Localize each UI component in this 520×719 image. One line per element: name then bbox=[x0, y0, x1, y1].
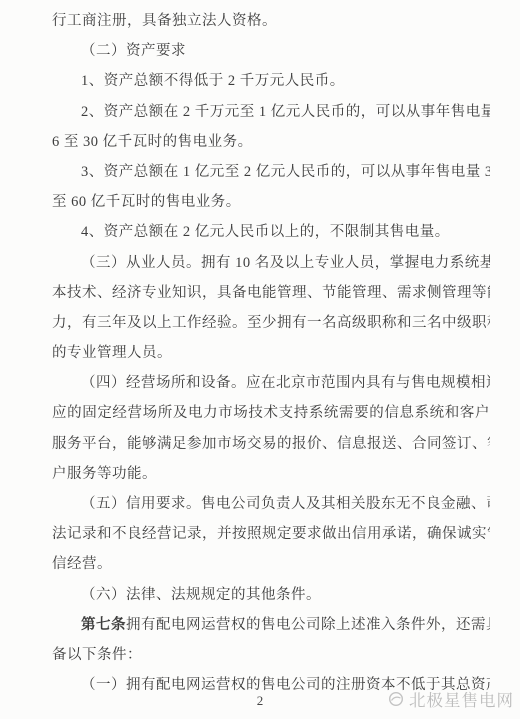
text-line: 4、资产总额在 2 亿元人民币以上的，不限制其售电量。 bbox=[52, 217, 490, 247]
document-body: 行工商注册，具备独立法人资格。（二）资产要求1、资产总额不得低于 2 千万元人民… bbox=[52, 6, 490, 700]
text-line: 力，有三年及以上工作经验。至少拥有一名高级职称和三名中级职称 bbox=[52, 308, 490, 338]
text-line: （六）法律、法规规定的其他条件。 bbox=[52, 580, 490, 610]
document-page: 行工商注册，具备独立法人资格。（二）资产要求1、资产总额不得低于 2 千万元人民… bbox=[0, 0, 520, 719]
text-line: 信经营。 bbox=[52, 549, 490, 579]
bold-article-label: 第七条 bbox=[81, 617, 126, 633]
text-line: （二）资产要求 bbox=[52, 36, 490, 66]
text-line: 应的固定经营场所及电力市场技术支持系统需要的信息系统和客户 bbox=[52, 398, 490, 428]
watermark: 北极星售电网 bbox=[388, 687, 514, 711]
text-line: （三）从业人员。拥有 10 名及以上专业人员，掌握电力系统基 bbox=[52, 248, 490, 278]
text-line: 第七条拥有配电网运营权的售电公司除上述准入条件外，还需具 bbox=[52, 610, 490, 640]
text-line: 本技术、经济专业知识，具备电能管理、节能管理、需求侧管理等能 bbox=[52, 278, 490, 308]
text-line: 服务平台，能够满足参加市场交易的报价、信息报送、合同签订、客 bbox=[52, 429, 490, 459]
text-line: 户服务等功能。 bbox=[52, 459, 490, 489]
beijixing-logo-icon bbox=[388, 691, 404, 707]
text-line: 法记录和不良经营记录，并按照规定要求做出信用承诺，确保诚实守 bbox=[52, 519, 490, 549]
text-line: 行工商注册，具备独立法人资格。 bbox=[52, 6, 490, 36]
text-line: 6 至 30 亿千瓦时的售电业务。 bbox=[52, 127, 490, 157]
text-line: 至 60 亿千瓦时的售电业务。 bbox=[52, 187, 490, 217]
text-line: 的专业管理人员。 bbox=[52, 338, 490, 368]
text-line: 1、资产总额不得低于 2 千万元人民币。 bbox=[52, 66, 490, 96]
text-line: （五）信用要求。售电公司负责人及其相关股东无不良金融、司 bbox=[52, 489, 490, 519]
text-line: 3、资产总额在 1 亿元至 2 亿元人民币的，可以从事年售电量 30 bbox=[52, 157, 490, 187]
text-line: 备以下条件： bbox=[52, 640, 490, 670]
watermark-text: 北极星售电网 bbox=[409, 687, 514, 711]
text-line: （四）经营场所和设备。应在北京市范围内具有与售电规模相适 bbox=[52, 368, 490, 398]
text-line: 2、资产总额在 2 千万元至 1 亿元人民币的，可以从事年售电量 bbox=[52, 97, 490, 127]
